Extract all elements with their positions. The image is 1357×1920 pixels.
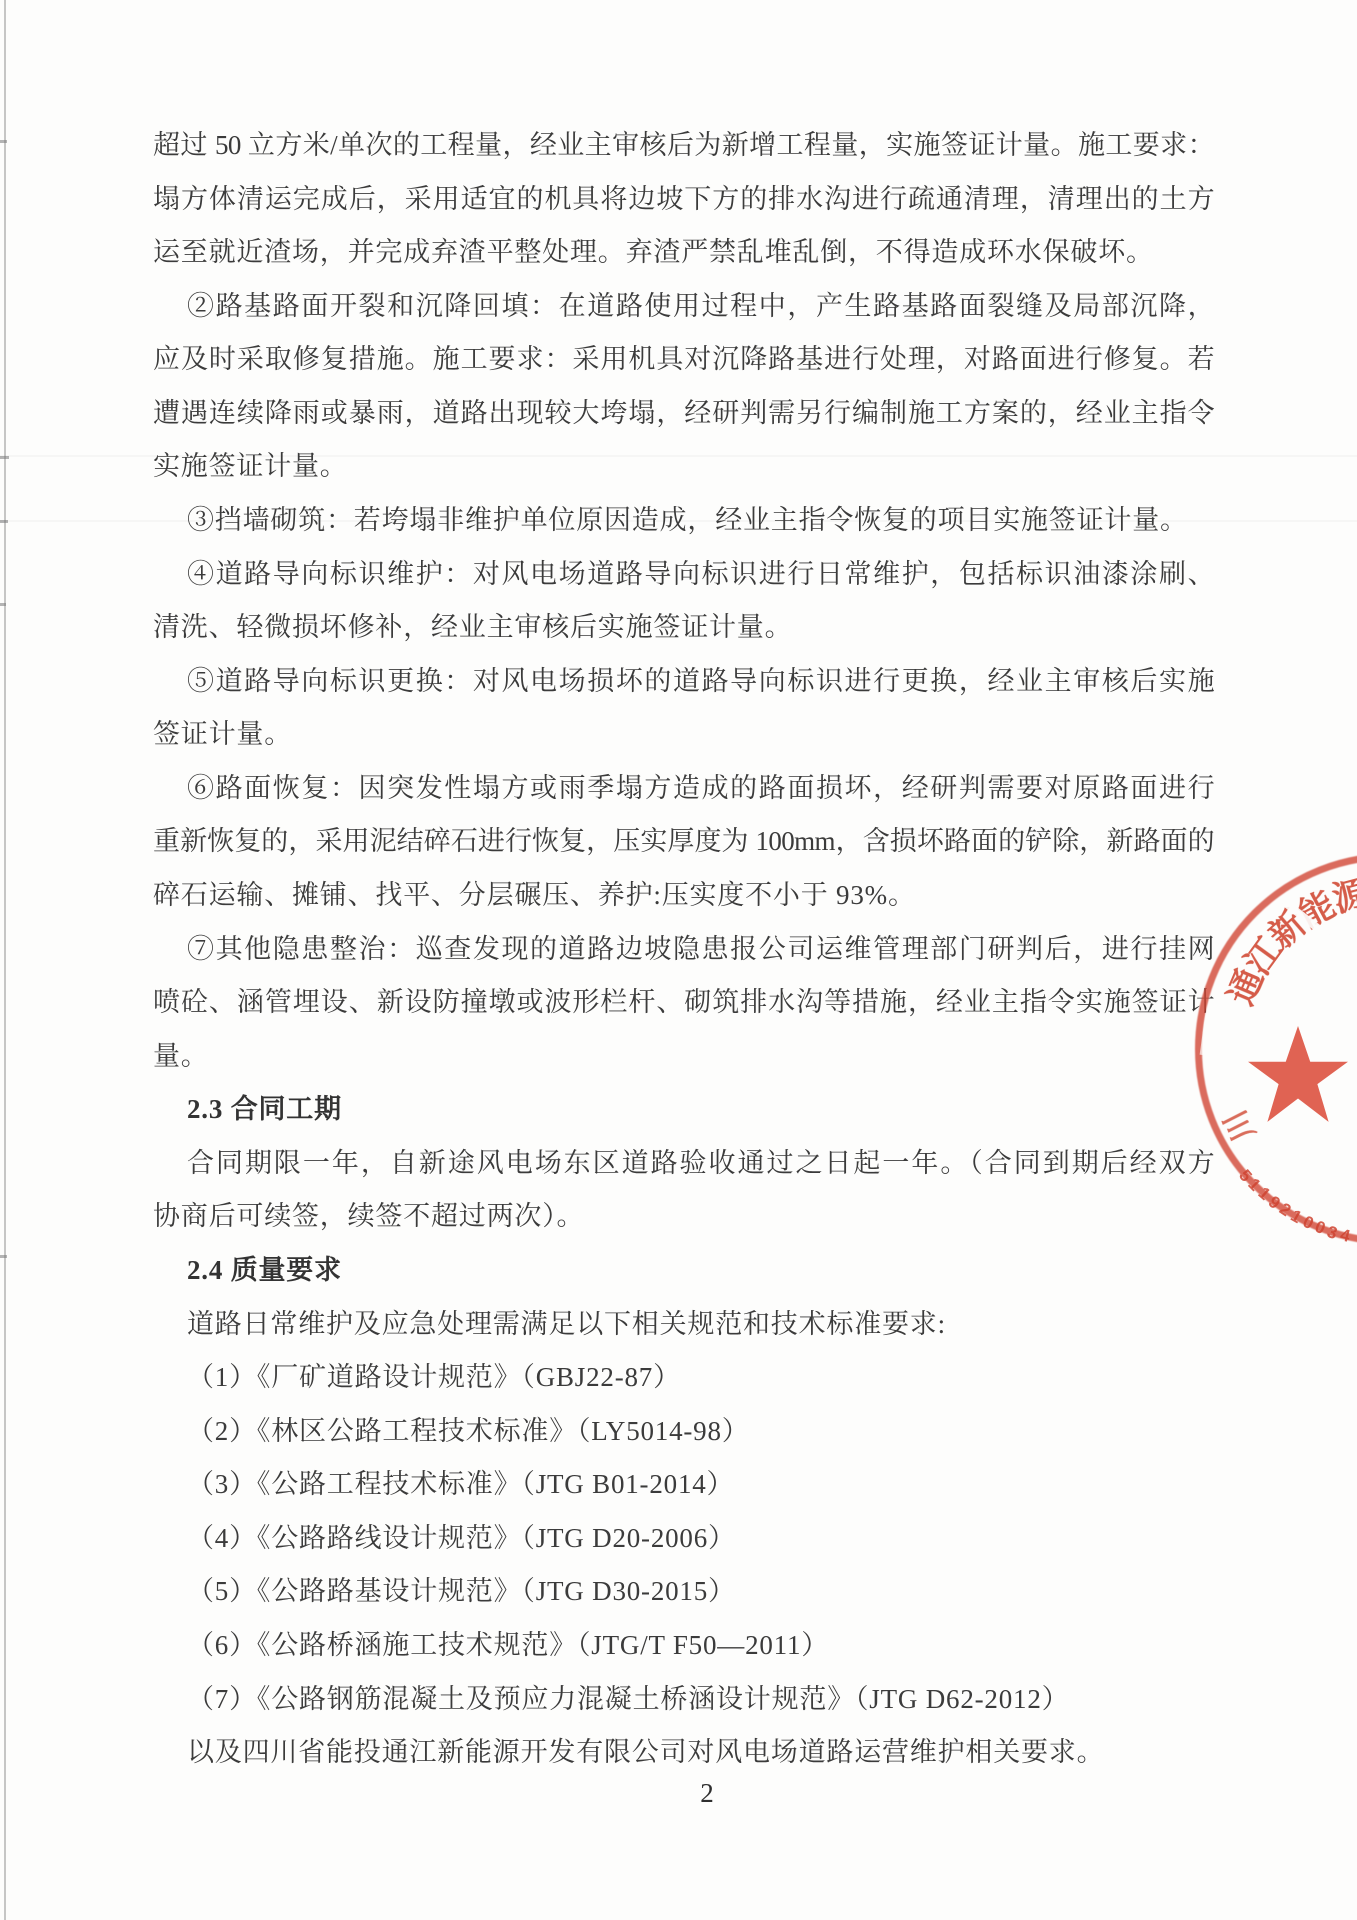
section-heading: 2.3 合同工期 xyxy=(153,1082,1214,1136)
text-line: 应及时采取修复措施。施工要求：采用机具对沉降路基进行处理，对路面进行修复。若 xyxy=(153,332,1214,386)
page-number: 2 xyxy=(689,1773,725,1813)
text-line: 超过 50 立方米/单次的工程量，经业主审核后为新增工程量，实施签证计量。施工要… xyxy=(153,118,1214,172)
text-line: ②路基路面开裂和沉降回填：在道路使用过程中，产生路基路面裂缝及局部沉降， xyxy=(153,279,1214,333)
text-line: （3）《公路工程技术标准》（JTG B01-2014） xyxy=(153,1457,1214,1511)
document-page: 超过 50 立方米/单次的工程量，经业主审核后为新增工程量，实施签证计量。施工要… xyxy=(0,0,1357,1920)
seal-serial-digit: 2 xyxy=(1275,1199,1294,1221)
text-line: ⑤道路导向标识更换：对风电场损坏的道路导向标识进行更换，经业主审核后实施 xyxy=(153,654,1214,708)
text-line: 道路日常维护及应急处理需满足以下相关规范和技术标准要求: xyxy=(153,1297,1214,1351)
seal-arc-char: 能 xyxy=(1289,877,1343,938)
seal-serial-digit: 5 xyxy=(1235,1165,1256,1185)
seal-serial-digit: 4 xyxy=(1338,1225,1352,1247)
seal-serial-digit: 0 xyxy=(1299,1212,1316,1234)
text-line: （7）《公路钢筋混凝土及预应力混凝土桥涵设计规范》（JTG D62-2012） xyxy=(153,1672,1214,1726)
seal-serial-digit: 1 xyxy=(1287,1206,1305,1228)
seal-arc-char: 江 xyxy=(1231,926,1292,984)
scan-edge-mark xyxy=(0,140,7,143)
text-line: （2）《林区公路工程技术标准》（LY5014-98） xyxy=(153,1404,1214,1458)
text-line: 清洗、轻微损坏修补，经业主审核后实施签证计量。 xyxy=(153,600,1214,654)
scan-edge-mark xyxy=(0,1255,7,1258)
text-line: （6）《公路桥涵施工技术规范》（JTG/T F50—2011） xyxy=(153,1618,1214,1672)
seal-serial-digit: 3 xyxy=(1324,1222,1339,1244)
seal-serial-digit: 9 xyxy=(1264,1192,1284,1214)
text-line: 协商后可续签，续签不超过两次）。 xyxy=(153,1189,1214,1243)
seal-arc-char: 通 xyxy=(1214,961,1274,1013)
seal-arc-char: 新 xyxy=(1256,898,1315,959)
scan-edge-line xyxy=(4,0,6,1920)
scan-edge-mark xyxy=(0,603,6,606)
text-line: ③挡墙砌筑：若垮塌非维护单位原因造成，经业主指令恢复的项目实施签证计量。 xyxy=(153,493,1214,547)
section-heading: 2.4 质量要求 xyxy=(153,1243,1214,1297)
text-line: ⑥路面恢复：因突发性塌方或雨季塌方造成的路面损坏，经研判需要对原路面进行 xyxy=(153,761,1214,815)
text-line: （5）《公路路基设计规范》（JTG D30-2015） xyxy=(153,1564,1214,1618)
seal-serial-digit: 1 xyxy=(1254,1184,1274,1205)
text-line: 量。 xyxy=(153,1029,1214,1083)
text-line: 重新恢复的，采用泥结碎石进行恢复，压实厚度为 100mm，含损坏路面的铲除，新路… xyxy=(153,814,1214,868)
text-line: 以及四川省能投通江新能源开发有限公司对风电场道路运营维护相关要求。 xyxy=(153,1725,1214,1779)
text-line: 合同期限一年，自新途风电场东区道路验收通过之日起一年。（合同到期后经双方 xyxy=(153,1136,1214,1190)
text-line: （4）《公路路线设计规范》（JTG D20-2006） xyxy=(153,1511,1214,1565)
text-line: 喷砼、涵管埋设、新设防撞墩或波形栏杆、砌筑排水沟等措施，经业主指令实施签证计 xyxy=(153,975,1214,1029)
seal-star-icon xyxy=(1247,1023,1349,1127)
text-line: 遭遇连续降雨或暴雨，道路出现较大垮塌，经研判需另行编制施工方案的，经业主指令 xyxy=(153,386,1214,440)
seal-ring xyxy=(1195,853,1357,1245)
seal-ink-gap xyxy=(1281,899,1330,940)
text-line: 签证计量。 xyxy=(153,707,1214,761)
text-line: 塌方体清运完成后，采用适宜的机具将边坡下方的排水沟进行疏通清理，清理出的土方 xyxy=(153,172,1214,226)
text-line: ⑦其他隐患整治：巡查发现的道路边坡隐患报公司运维管理部门研判后，进行挂网 xyxy=(153,922,1214,976)
text-line: 运至就近渣场，并完成弃渣平整处理。弃渣严禁乱堆乱倒，不得造成环水保破坏。 xyxy=(153,225,1214,279)
seal-text-fragment: 川 xyxy=(1211,1104,1264,1151)
seal-serial-digit: 0 xyxy=(1312,1217,1328,1239)
seal-serial-digit: 1 xyxy=(1244,1175,1265,1196)
text-line: 实施签证计量。 xyxy=(153,439,1214,493)
text-line: 碎石运输、摊铺、找平、分层碾压、养护:压实度不小于 93%。 xyxy=(153,868,1214,922)
seal-arc-char: 源 xyxy=(1326,866,1357,923)
text-line: （1）《厂矿道路设计规范》（GBJ22-87） xyxy=(153,1350,1214,1404)
text-line: ④道路导向标识维护：对风电场道路导向标识进行日常维护，包括标识油漆涂刷、 xyxy=(153,547,1214,601)
